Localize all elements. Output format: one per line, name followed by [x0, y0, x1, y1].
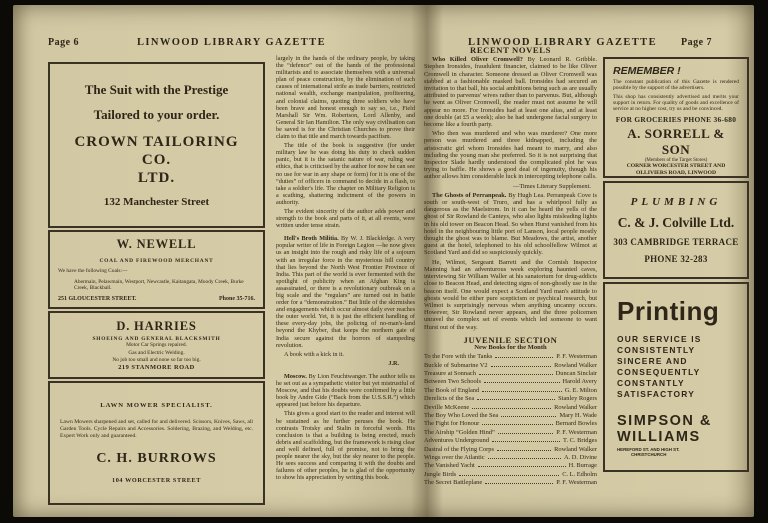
page-number-left: Page 6	[48, 37, 79, 48]
book-author: T. C. Bridges	[563, 437, 597, 445]
book-author: Duncan Sinclair	[556, 370, 597, 378]
review-paragraph: J.R.	[276, 360, 415, 367]
ad-sorrell-groceries: FOR GROCERIES PHONE 36-680	[613, 115, 739, 124]
book-title: Adventures Underground	[424, 437, 489, 445]
ad-plumbing-address: 303 CAMBRIDGE TERRACE	[613, 237, 738, 247]
book-author: Mary H. Wade	[559, 412, 597, 420]
ad-remember-sorrell: REMEMBER ! The constant publication of t…	[603, 57, 749, 178]
book-list-item: The Boy Who Loved the Sea Mary H. Wade	[424, 412, 597, 420]
ad-harries-line2: Gas and Electric Welding.	[128, 350, 184, 356]
book-author: P. F. Westerman	[556, 429, 597, 437]
book-author: Rowland Walker	[554, 404, 597, 412]
dot-leader	[482, 424, 552, 425]
book-title: Buckle of Submarine V2	[424, 362, 488, 370]
ad-crown-tailoring: The Suit with the Prestige Tailored to y…	[48, 62, 265, 228]
ad-newell-coals: Abermain, Pelawmain, Westport, Newcastle…	[58, 279, 255, 291]
ad-crown-line1: The Suit with the Prestige	[85, 82, 228, 98]
dot-leader	[498, 433, 553, 434]
novels-column: RECENT NOVELS Who Killed Oliver Cromwell…	[424, 47, 597, 515]
ad-printing-title: Printing	[617, 296, 719, 327]
ad-burrows: LAWN MOWER SPECIALIST. Lawn Mowers sharp…	[48, 381, 265, 505]
book-list-item: The Airship “Golden Hind” P. F. Westerma…	[424, 429, 597, 437]
dot-leader	[479, 374, 553, 375]
review-paragraph: The evident sincerity of the author adds…	[276, 208, 415, 229]
book-title: The Book of England	[424, 387, 479, 395]
book-author: C. L. Edholm	[562, 471, 597, 479]
novel-paragraph: The Ghosts of Perranpeak. By Hugh Lea. P…	[424, 192, 597, 257]
ad-crown-line2: Tailored to your order.	[94, 107, 220, 123]
ad-plumbing-phone: PHONE 32-283	[644, 254, 707, 264]
ad-remember-para1: The constant publication of this Gazette…	[613, 79, 739, 92]
ad-harries-name: D. HARRIES	[116, 319, 196, 334]
novel-paragraph: —Times Literary Supplement.	[424, 183, 597, 190]
ad-sorrell-address: CORNER WORCESTER STREET AND OLLIVIERS RO…	[613, 163, 739, 176]
book-author: P. F. Westerman	[556, 353, 597, 361]
dot-leader	[492, 441, 560, 442]
book-author: Rowland Walker	[554, 446, 597, 454]
dot-leader	[459, 475, 559, 476]
ad-printing-slogan: OUR SERVICE IS CONSISTENTLY SINCERE AND …	[617, 334, 702, 400]
dot-leader	[491, 366, 552, 367]
dot-leader	[478, 466, 566, 467]
book-list-item: Wings over the Atlantic A. D. Divine	[424, 454, 597, 462]
book-list-item: The Secret Battleplane P. F. Westerman	[424, 479, 597, 487]
ad-remember-title: REMEMBER !	[613, 65, 739, 77]
novel-paragraph: He, Wilmot, Sergeant Barrett and the Cor…	[424, 259, 597, 331]
book-author: P. F. Westerman	[556, 479, 597, 487]
ad-harries-line1: Motor Car Springs repaired.	[126, 342, 187, 348]
review-paragraph: Moscow. By Lion Feuchtwanger. The author…	[276, 373, 415, 408]
masthead-left: LINWOOD LIBRARY GAZETTE	[137, 37, 326, 48]
book-author: A. D. Divine	[564, 454, 597, 462]
book-list-item: The Vanished Yacht H. Burrage	[424, 462, 597, 470]
juvenile-subheading: New Books for the Month	[424, 344, 597, 351]
juvenile-section: JUVENILE SECTION New Books for the Month…	[424, 337, 597, 488]
dot-leader	[488, 458, 561, 459]
dot-leader	[497, 450, 551, 451]
book-author: H. Burrage	[569, 462, 597, 470]
book-list-item: The Book of England G. E. Milton	[424, 387, 597, 395]
ad-newell-phone: Phone 35-716.	[219, 296, 255, 302]
book-title: The Airship “Golden Hind”	[424, 429, 495, 437]
dot-leader	[495, 357, 553, 358]
book-title: The Vanished Yacht	[424, 462, 475, 470]
dot-leader	[477, 399, 555, 400]
ad-burrows-heading: LAWN MOWER SPECIALIST.	[100, 402, 213, 409]
review-paragraph: Hell's Broth Militia. By W. J. Blackledg…	[276, 235, 415, 349]
book-list-item: Adventures Underground T. C. Bridges	[424, 437, 597, 445]
ad-harries-trade: SHOEING AND GENERAL BLACKSMITH	[92, 336, 220, 342]
dot-leader	[501, 416, 556, 417]
book-author: G. E. Milton	[565, 387, 597, 395]
review-paragraph: The title of the book is suggestive (for…	[276, 142, 415, 206]
ad-plumbing-colville: PLUMBING C. & J. Colville Ltd. 303 CAMBR…	[603, 181, 749, 279]
book-author: Bernard Bowles	[556, 420, 597, 428]
book-list-item: Jungle Birds C. L. Edholm	[424, 471, 597, 479]
book-author: Stanley Rogers	[558, 395, 597, 403]
ad-newell-name: W. NEWELL	[117, 237, 197, 252]
book-list-item: Deville McKeene Rowland Walker	[424, 404, 597, 412]
ad-newell: W. NEWELL COAL AND FIREWOOD MERCHANT We …	[48, 230, 265, 309]
book-title: Wings over the Atlantic	[424, 454, 485, 462]
book-title: To the Fore with the Tanks	[424, 353, 492, 361]
ad-burrows-address: 104 WORCESTER STREET	[112, 477, 201, 484]
dot-leader	[484, 382, 560, 383]
book-title: Derelicts of the Sea	[424, 395, 474, 403]
book-author: Harold Avery	[563, 378, 598, 386]
ad-plumbing-name: C. & J. Colville Ltd.	[618, 215, 735, 231]
dot-leader	[485, 483, 553, 484]
ad-harries: D. HARRIES SHOEING AND GENERAL BLACKSMIT…	[48, 311, 265, 379]
juvenile-book-list: To the Fore with the Tanks P. F. Westerm…	[424, 353, 597, 488]
page-number-right: Page 7	[681, 37, 712, 48]
ad-burrows-name: C. H. BURROWS	[96, 451, 216, 467]
ad-newell-address: 251 GLOUCESTER STREET.	[58, 296, 136, 302]
book-title: Between Two Schools	[424, 378, 481, 386]
review-paragraph: This gives a good start to the reader an…	[276, 410, 415, 481]
dot-leader	[482, 391, 561, 392]
ad-burrows-body: Lawn Mowers sharpened and set, called fo…	[60, 419, 253, 439]
ad-printing-city: CHRISTCHURCH	[631, 452, 666, 457]
book-list-item: Treasure at Sonnach Duncan Sinclair	[424, 370, 597, 378]
book-list-item: Dastral of the Flying Corps Rowland Walk…	[424, 446, 597, 454]
ad-newell-trade: COAL AND FIREWOOD MERCHANT	[99, 258, 213, 264]
novel-paragraph: Who then was murdered and who was murder…	[424, 130, 597, 180]
book-list-item: Between Two Schools Harold Avery	[424, 378, 597, 386]
book-list-item: Derelicts of the Sea Stanley Rogers	[424, 395, 597, 403]
ad-plumbing-title: PLUMBING	[631, 196, 722, 208]
recent-novels-heading: RECENT NOVELS	[424, 47, 597, 54]
book-title: Jungle Birds	[424, 471, 456, 479]
book-title: The Fight for Honour	[424, 420, 479, 428]
juvenile-heading: JUVENILE SECTION	[424, 337, 597, 344]
ad-harries-address: 219 STANMORE ROAD	[118, 364, 195, 371]
book-title: The Secret Battleplane	[424, 479, 482, 487]
dot-leader	[472, 408, 551, 409]
ad-crown-name: CROWN TAILORING CO. LTD.	[60, 133, 253, 187]
book-list-item: The Fight for Honour Bernard Bowles	[424, 420, 597, 428]
ad-crown-address: 132 Manchester Street	[104, 196, 209, 208]
ad-printing-name: SIMPSON & WILLIAMS	[617, 413, 712, 445]
book-author: Rowland Walker	[554, 362, 597, 370]
review-column: largely in the hands of the ordinary peo…	[276, 55, 415, 513]
magazine-spread: Page 6 LINWOOD LIBRARY GAZETTE The Suit …	[13, 5, 754, 517]
review-paragraph: A book with a kick in it.	[276, 351, 415, 358]
book-title: Treasure at Sonnach	[424, 370, 476, 378]
book-list-item: Buckle of Submarine V2 Rowland Walker	[424, 362, 597, 370]
ad-remember-para2: This shop has consistently advertised an…	[613, 94, 739, 113]
ad-printing-simpson-williams: Printing OUR SERVICE IS CONSISTENTLY SIN…	[603, 282, 749, 472]
book-list-item: To the Fore with the Tanks P. F. Westerm…	[424, 353, 597, 361]
ad-harries-line3: No job too small and none so far too big…	[112, 357, 200, 363]
novels-paragraphs: Who Killed Oliver Cromwell? By Leonard R…	[424, 56, 597, 331]
book-title: Dastral of the Flying Corps	[424, 446, 494, 454]
book-title: The Boy Who Loved the Sea	[424, 412, 498, 420]
ad-sorrell-name: A. SORRELL & SON	[613, 126, 739, 158]
book-title: Deville McKeene	[424, 404, 469, 412]
ad-newell-intro: We have the following Coals:—	[58, 268, 127, 274]
review-paragraph: largely in the hands of the ordinary peo…	[276, 55, 415, 140]
novel-paragraph: Who Killed Oliver Cromwell? By Leonard R…	[424, 56, 597, 128]
ad-newell-contact: 251 GLOUCESTER STREET. Phone 35-716.	[58, 296, 255, 302]
